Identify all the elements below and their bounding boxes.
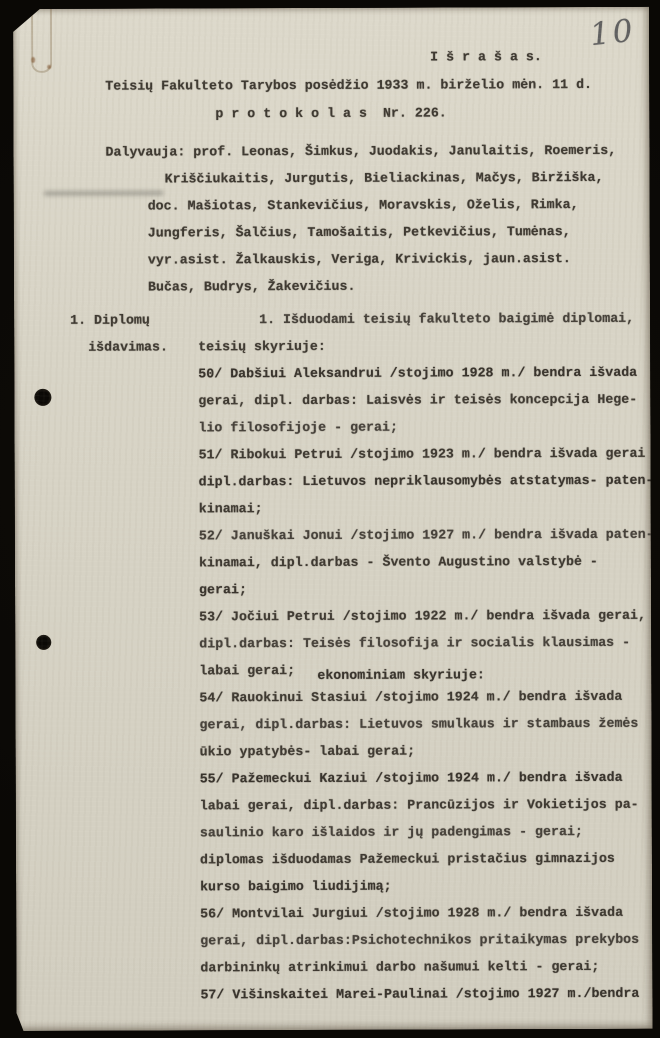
body-line: 55/ Pažemeckui Kaziui /stojimo 1924 m./ … [200,764,653,793]
participant-line: Jungferis, Šalčius, Tamošaitis, Petkevič… [148,218,617,247]
body-line: kurso baigimo liudijimą; [200,872,653,901]
body-line: 53/ Jočiui Petrui /stojimo 1922 m./ bend… [199,602,652,631]
participant-line: Dalyvauja: prof. Leonas, Šimkus, Juodaki… [105,137,616,166]
body-line: ūkio ypatybės- labai gerai; [200,737,653,766]
body-line: ekonominiam skyriuje: [317,661,485,689]
participants-paragraph: Dalyvauja: prof. Leonas, Šimkus, Juodaki… [147,137,616,301]
body-line: kinamai, dipl.darbas - Švento Augustino … [199,548,653,577]
body-line: diplomas išduodamas Pažemeckui pristačiu… [200,845,653,874]
body-line: gerai, dipl.darbas:Psichotechnikos prita… [200,926,652,955]
margin-note-line: išdavimas. [70,333,168,360]
body-line: dipl.darbas: Lietuvos nepriklausomybės a… [199,467,653,496]
rust-stain [47,65,51,69]
paper-page: 10 I š r a š a s. Teisių Fakulteto Taryb… [13,7,653,1031]
body-line: darbininkų atrinkimui darbo našumui kelt… [200,953,652,982]
body-line: labai gerai, dipl.darbas: Prancūzijos ir… [200,791,653,820]
hole-punch-top [34,389,51,406]
participant-line: Kriščiukaitis, Jurgutis, Bieliackinas, M… [148,164,617,193]
participant-line: vyr.asist. Žalkauskis, Veriga, Krivickis… [148,245,617,274]
body-text: 1. Išduodami teisių fakulteto baigimė di… [198,305,653,1009]
document-scan: 10 I š r a š a s. Teisių Fakulteto Taryb… [0,0,660,1038]
margin-note-line: 1. Diplomų [70,306,168,333]
participant-line: Bučas, Budrys, Žakevičius. [148,272,617,301]
rust-stain [31,57,35,63]
body-line: 56/ Montvilai Jurgiui /stojimo 1928 m./ … [200,899,652,928]
meeting-title: Teisių Fakulteto Tarybos posėdžio 1933 m… [105,71,592,100]
body-line: lio filosofijoje - gerai; [198,413,652,442]
margin-note: 1. Diplomųišdavimas. [70,306,168,360]
body-line: gerai, dipl. darbas: Laisvės ir teisės k… [198,386,652,415]
participant-line: doc. Mašiotas, Stankevičius, Moravskis, … [148,191,617,220]
body-line: saulinio karo išlaidos ir jų padengimas … [200,818,653,847]
handwritten-page-number: 10 [588,13,637,54]
body-line: gerai, dipl.darbas: Lietuvos smulkaus ir… [199,710,652,739]
hole-punch-bottom [36,635,51,650]
body-line: kinamai; [199,494,653,523]
body-line: gerai; [199,575,653,604]
body-line: dipl.darbas: Teisės filosofija ir social… [199,629,652,658]
protocol-number: p r o t o k o l a s Nr. 226. [215,99,446,127]
body-line: 52/ Januškai Jonui /stojimo 1927 m./ ben… [199,521,653,550]
paperclip-mark [31,7,52,73]
body-line: 51/ Ribokui Petrui /stojimo 1923 m./ ben… [199,440,653,469]
pencil-smudge [44,190,164,195]
body-line: teisių skyriuje: [198,332,652,361]
body-line: 1. Išduodami teisių fakulteto baigimė di… [198,305,653,334]
body-line: 50/ Dabšiui Aleksandrui /stojimo 1928 m.… [198,359,652,388]
body-line: 57/ Višinskaitei Marei-Paulinai /stojimo… [200,980,652,1009]
excerpt-heading: I š r a š a s. [430,43,542,70]
